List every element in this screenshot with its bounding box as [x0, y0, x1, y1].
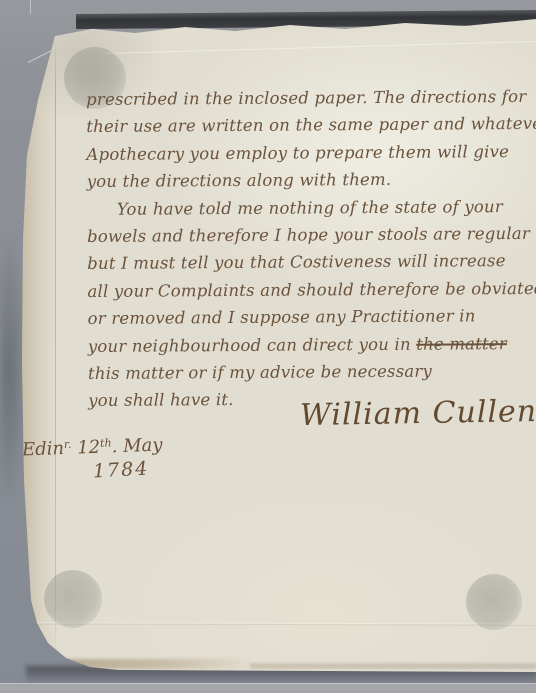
- dateline-year: 1784: [92, 458, 149, 483]
- letter-line: Apothecary you employ to prepare them wi…: [86, 138, 532, 169]
- strikethrough-text: the matter: [416, 334, 507, 354]
- dateline-day-superscript: th: [100, 436, 112, 449]
- backdrop-line-vertical: [30, 0, 31, 14]
- signature: William Cullen.: [300, 394, 536, 433]
- manuscript-page: prescribed in the inclosed paper. The di…: [0, 0, 536, 693]
- dateline-place: Edin: [22, 438, 65, 460]
- dateline-month: . May: [111, 435, 162, 458]
- ink-smudge-stain-bottom-right: [466, 574, 522, 630]
- horizontal-crease: [34, 622, 536, 625]
- left-edge-shading: [22, 30, 58, 666]
- letter-line: bowels and therefore I hope your stools …: [87, 220, 533, 251]
- letter-line: all your Complaints and should therefore…: [87, 275, 533, 306]
- bottom-edge-foxing: [250, 663, 536, 669]
- ink-smudge-stain-bottom-left: [44, 570, 102, 628]
- manuscript-photo: prescribed in the inclosed paper. The di…: [0, 0, 536, 693]
- letter-line: but I must tell you that Costiveness wil…: [87, 247, 533, 278]
- dateline-day: 12: [71, 437, 100, 459]
- letter-line: their use are written on the same paper …: [86, 110, 532, 141]
- dateline: Edinr. 12th. May: [22, 435, 163, 461]
- letter-line: your neighbourhood can direct you in the…: [88, 329, 534, 360]
- letter-line-text: your neighbourhood can direct you in: [88, 334, 417, 355]
- vertical-fold-crease: [55, 40, 56, 662]
- letter-line: You have told me nothing of the state of…: [87, 192, 533, 223]
- letter-line: or removed and I suppose any Practitione…: [88, 302, 534, 333]
- backdrop-bottom-strip: [0, 683, 536, 693]
- letter-line: you the directions along with them.: [87, 165, 533, 196]
- letter-line: prescribed in the inclosed paper. The di…: [86, 83, 532, 114]
- letter-body: prescribed in the inclosed paper. The di…: [86, 83, 534, 415]
- letter-line: this matter or if my advice be necessary: [88, 357, 534, 388]
